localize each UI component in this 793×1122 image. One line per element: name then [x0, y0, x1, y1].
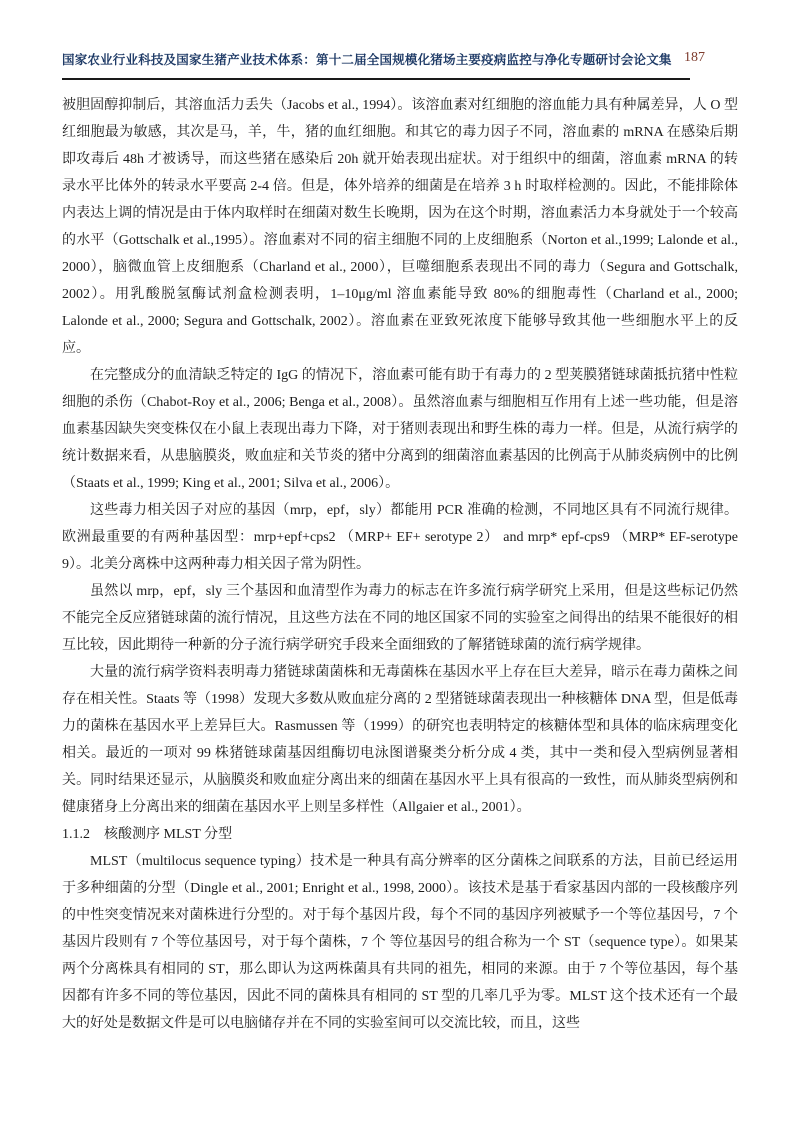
- header-title: 国家农业行业科技及国家生猪产业技术体系：第十二届全国规模化猪场主要疫病监控与净化…: [62, 50, 690, 80]
- page-header: 国家农业行业科技及国家生猪产业技术体系：第十二届全国规模化猪场主要疫病监控与净化…: [62, 50, 738, 80]
- document-page: 国家农业行业科技及国家生猪产业技术体系：第十二届全国规模化猪场主要疫病监控与净化…: [0, 0, 793, 1122]
- body-paragraph: 被胆固醇抑制后，其溶血活力丢失（Jacobs et al., 1994）。该溶血…: [62, 92, 738, 362]
- body-paragraph: 虽然以 mrp，epf，sly 三个基因和血清型作为毒力的标志在许多流行病学研究…: [62, 578, 738, 659]
- body-paragraph: MLST（multilocus sequence typing）技术是一种具有高…: [62, 848, 738, 1037]
- document-body: 被胆固醇抑制后，其溶血活力丢失（Jacobs et al., 1994）。该溶血…: [62, 92, 738, 1037]
- body-paragraph: 在完整成分的血清缺乏特定的 IgG 的情况下，溶血素可能有助于有毒力的 2 型荚…: [62, 362, 738, 497]
- section-heading-1-1-2: 1.1.2 核酸测序 MLST 分型: [62, 821, 738, 848]
- body-paragraph: 大量的流行病学资料表明毒力猪链球菌菌株和无毒菌株在基因水平上存在巨大差异，暗示在…: [62, 659, 738, 821]
- page-number: 187: [684, 50, 705, 66]
- body-paragraph: 这些毒力相关因子对应的基因（mrp，epf，sly）都能用 PCR 准确的检测，…: [62, 497, 738, 578]
